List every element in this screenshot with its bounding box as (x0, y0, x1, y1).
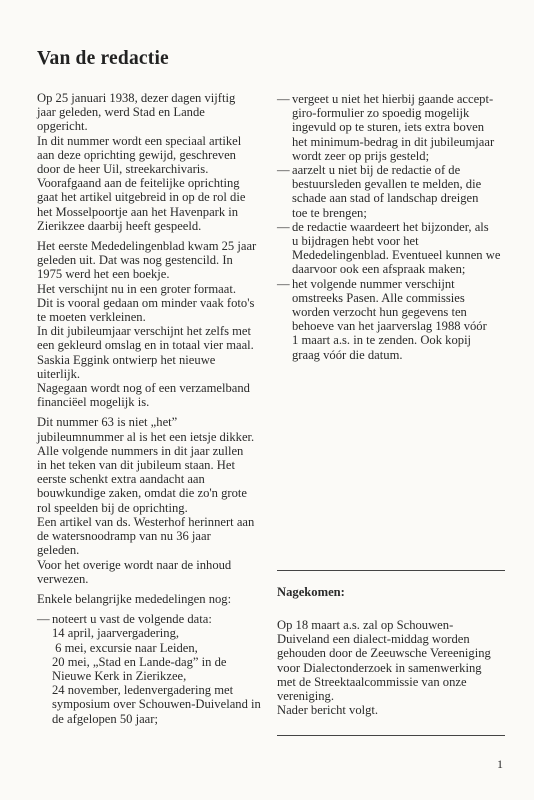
text-line: Dit nummer 63 is niet „het” (37, 415, 269, 429)
list-item-dates: — noteert u vast de volgende data: 14 ap… (37, 612, 269, 726)
list-item-bijdragen: — de redactie waardeert het bijzonder, a… (277, 220, 507, 277)
divider-top (277, 570, 505, 571)
text-line: Voorafgaand aan de feitelijke oprichting (37, 176, 269, 190)
text-line: u bijdragen hebt voor het (292, 234, 507, 248)
dash-bullet: — (277, 277, 292, 362)
divider-bottom (277, 735, 505, 736)
text-line: Op 18 maart a.s. zal op Schouwen- (277, 618, 509, 632)
text-line: Het verschijnt nu in een groter formaat. (37, 282, 269, 296)
text-line: het Mosselpoortje aan het Havenpark in (37, 205, 269, 219)
nagekomen-box: Op 18 maart a.s. zal op Schouwen- Duivel… (277, 618, 509, 717)
left-column: Op 25 januari 1938, dezer dagen vijftig … (37, 91, 269, 726)
text-line: het minimum-bedrag in dit jubileumjaar (292, 135, 507, 149)
text-line: vergeet u niet het hierbij gaande accept… (292, 92, 507, 106)
text-line: de watersnoodramp van nu 36 jaar (37, 529, 269, 543)
text-line: wordt zeer op prijs gesteld; (292, 149, 507, 163)
text-line: 1 maart a.s. in te zenden. Ook kopij (292, 333, 507, 347)
text-line: graag vóór die datum. (292, 348, 507, 362)
text-line: door de heer Uil, streekarchivaris. (37, 162, 269, 176)
text-line: opgericht. (37, 119, 269, 133)
text-line: de afgelopen 50 jaar; (52, 712, 269, 726)
text-line: Nagegaan wordt nog of een verzamelband (37, 381, 269, 395)
dash-bullet: — (277, 163, 292, 220)
list-item-schade: — aarzelt u niet bij de redactie of de b… (277, 163, 507, 220)
text-line: worden verzocht hun gegevens ten (292, 305, 507, 319)
text-line: Op 25 januari 1938, dezer dagen vijftig (37, 91, 269, 105)
text-line: ingevuld op te sturen, iets extra boven (292, 120, 507, 134)
text-line: gehouden door de Zeeuwsche Vereeniging (277, 646, 509, 660)
text-line: Saskia Eggink ontwierp het nieuwe (37, 353, 269, 367)
text-line: Zierikzee daarbij heeft gespeeld. (37, 219, 269, 233)
list-item-volgende-nummer: — het volgende nummer verschijnt omstree… (277, 277, 507, 362)
text-line: Dit is vooral gedaan om minder vaak foto… (37, 296, 269, 310)
text-line: in het teken van dit jubileum staan. Het (37, 458, 269, 472)
text-line: 24 november, ledenvergadering met (52, 683, 269, 697)
text-line: In dit nummer wordt een speciaal artikel (37, 134, 269, 148)
paragraph-announcements-intro: Enkele belangrijke mededelingen nog: (37, 592, 269, 606)
text-line: schade aan stad of landschap dreigen (292, 191, 507, 205)
text-line: In dit jubileumjaar verschijnt het zelfs… (37, 324, 269, 338)
text-line: Alle volgende nummers in dit jaar zullen (37, 444, 269, 458)
dash-bullet: — (277, 220, 292, 277)
text-line: financiëel mogelijk is. (37, 395, 269, 409)
text-line: toe te brengen; (292, 206, 507, 220)
text-line: geleden uit. Dat was nog gestencild. In (37, 253, 269, 267)
text-line: de redactie waardeert het bijzonder, als (292, 220, 507, 234)
text-line: met de Streektaalcommissie van onze (277, 675, 509, 689)
text-line: noteert u vast de volgende data: (52, 612, 269, 626)
text-line: aan deze oprichting gewijd, geschreven (37, 148, 269, 162)
text-line: Duiveland een dialect-middag worden (277, 632, 509, 646)
text-line: aarzelt u niet bij de redactie of de (292, 163, 507, 177)
dash-bullet: — (37, 612, 52, 726)
text-line: bestuursleden gevallen te melden, die (292, 177, 507, 191)
text-line: gaat het artikel uitgebreid in op de rol… (37, 190, 269, 204)
list-item-acceptgiro: — vergeet u niet het hierbij gaande acce… (277, 92, 507, 163)
text-line: verwezen. (37, 572, 269, 586)
text-line: 6 mei, excursie naar Leiden, (52, 641, 269, 655)
text-line: Het eerste Mededelingenblad kwam 25 jaar (37, 239, 269, 253)
text-line: bouwkundige zaken, omdat die zo'n grote (37, 486, 269, 500)
right-column: — vergeet u niet het hierbij gaande acce… (277, 92, 507, 362)
text-line: Voor het overige wordt naar de inhoud (37, 558, 269, 572)
text-line: daarvoor ook een afspraak maken; (292, 262, 507, 276)
text-line: Nader bericht volgt. (277, 703, 509, 717)
text-line: uiterlijk. (37, 367, 269, 381)
page-number: 1 (497, 757, 503, 772)
text-line: te moeten verkleinen. (37, 310, 269, 324)
paragraph-mededelingenblad: Het eerste Mededelingenblad kwam 25 jaar… (37, 239, 269, 409)
text-line: Een artikel van ds. Westerhof herinnert … (37, 515, 269, 529)
text-line: voor Dialectonderzoek in samenwerking (277, 661, 509, 675)
text-line: jaar geleden, werd Stad en Lande (37, 105, 269, 119)
text-line: symposium over Schouwen-Duiveland in (52, 697, 269, 711)
text-line: 14 april, jaarvergadering, (52, 626, 269, 640)
text-line: vereniging. (277, 689, 509, 703)
text-line: het volgende nummer verschijnt (292, 277, 507, 291)
text-line: geleden. (37, 543, 269, 557)
text-line: 20 mei, „Stad en Lande-dag” in de (52, 655, 269, 669)
dash-bullet: — (277, 92, 292, 163)
paragraph-nummer-63: Dit nummer 63 is niet „het” jubileumnumm… (37, 415, 269, 585)
text-line: Nieuwe Kerk in Zierikzee, (52, 669, 269, 683)
box-title: Nagekomen: (277, 585, 345, 600)
text-line: eerste schenkt extra aandacht aan (37, 472, 269, 486)
text-line: jubileumnummer al is het een ietsje dikk… (37, 430, 269, 444)
text-line: giro-formulier zo spoedig mogelijk (292, 106, 507, 120)
text-line: omstreeks Pasen. Alle commissies (292, 291, 507, 305)
page-title: Van de redactie (37, 48, 169, 70)
text-line: Mededelingenblad. Eventueel kunnen we (292, 248, 507, 262)
text-line: behoeve van het jaarverslag 1988 vóór (292, 319, 507, 333)
text-line: 1975 werd het een boekje. (37, 267, 269, 281)
text-line: een gekleurd omslag en in totaal vier ma… (37, 338, 269, 352)
paragraph-founding: Op 25 januari 1938, dezer dagen vijftig … (37, 91, 269, 233)
text-line: rol speelden bij de oprichting. (37, 501, 269, 515)
